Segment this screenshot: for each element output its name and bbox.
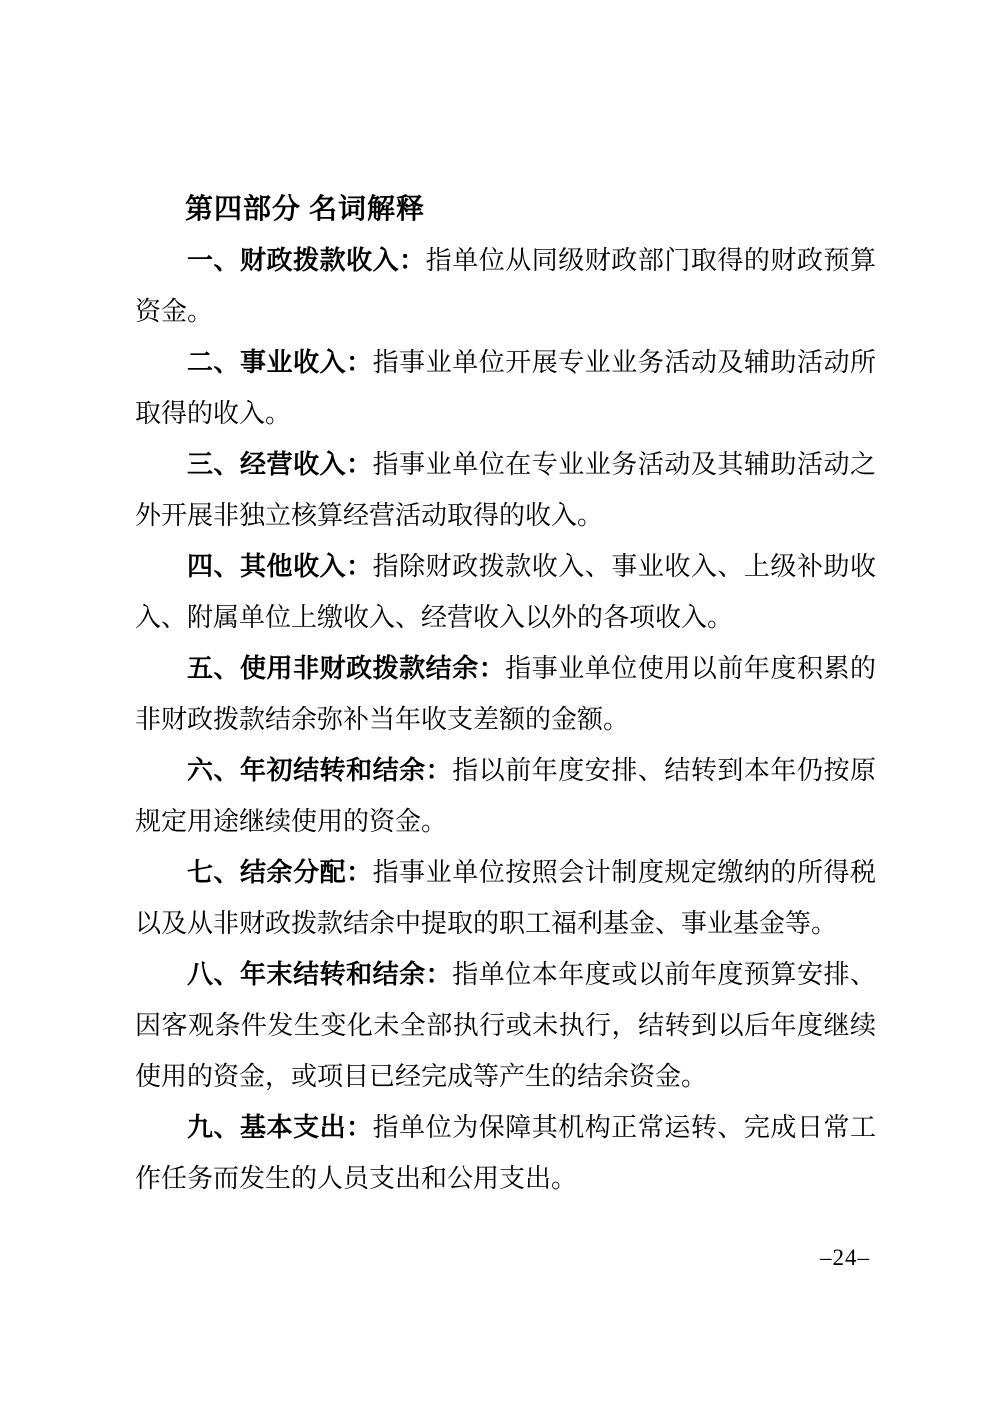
definition-term: 四、其他收入： xyxy=(187,552,373,581)
definition-term: 三、经营收入： xyxy=(187,450,373,479)
definition-term: 六、年初结转和结余： xyxy=(187,756,452,785)
section-heading: 第四部分 名词解释 xyxy=(135,184,876,235)
document-page: 第四部分 名词解释 一、财政拨款收入：指单位从同级财政部门取得的财政预算资金。 … xyxy=(0,0,1000,1414)
definition-term: 九、基本支出： xyxy=(187,1113,373,1142)
definition-paragraph: 五、使用非财政拨款结余：指事业单位使用以前年度积累的非财政拨款结余弥补当年收支差… xyxy=(135,643,876,745)
definition-paragraph: 三、经营收入：指事业单位在专业业务活动及其辅助活动之外开展非独立核算经营活动取得… xyxy=(135,439,876,541)
definition-term: 八、年末结转和结余： xyxy=(187,960,452,989)
definition-paragraph: 六、年初结转和结余：指以前年度安排、结转到本年仍按原规定用途继续使用的资金。 xyxy=(135,745,876,847)
definition-term: 二、事业收入： xyxy=(187,348,373,377)
definition-term: 五、使用非财政拨款结余： xyxy=(187,654,505,683)
definition-paragraph: 四、其他收入：指除财政拨款收入、事业收入、上级补助收入、附属单位上缴收入、经营收… xyxy=(135,541,876,643)
definition-term: 一、财政拨款收入： xyxy=(187,246,426,275)
definition-paragraph: 九、基本支出：指单位为保障其机构正常运转、完成日常工作任务而发生的人员支出和公用… xyxy=(135,1102,876,1204)
page-number: –24– xyxy=(820,1245,870,1271)
definition-paragraph: 七、结余分配：指事业单位按照会计制度规定缴纳的所得税以及从非财政拨款结余中提取的… xyxy=(135,847,876,949)
definition-term: 七、结余分配： xyxy=(187,858,373,887)
definition-paragraph: 八、年末结转和结余：指单位本年度或以前年度预算安排、因客观条件发生变化未全部执行… xyxy=(135,949,876,1102)
definition-paragraph: 二、事业收入：指事业单位开展专业业务活动及辅助活动所取得的收入。 xyxy=(135,337,876,439)
document-body: 第四部分 名词解释 一、财政拨款收入：指单位从同级财政部门取得的财政预算资金。 … xyxy=(135,184,876,1204)
definition-paragraph: 一、财政拨款收入：指单位从同级财政部门取得的财政预算资金。 xyxy=(135,235,876,337)
